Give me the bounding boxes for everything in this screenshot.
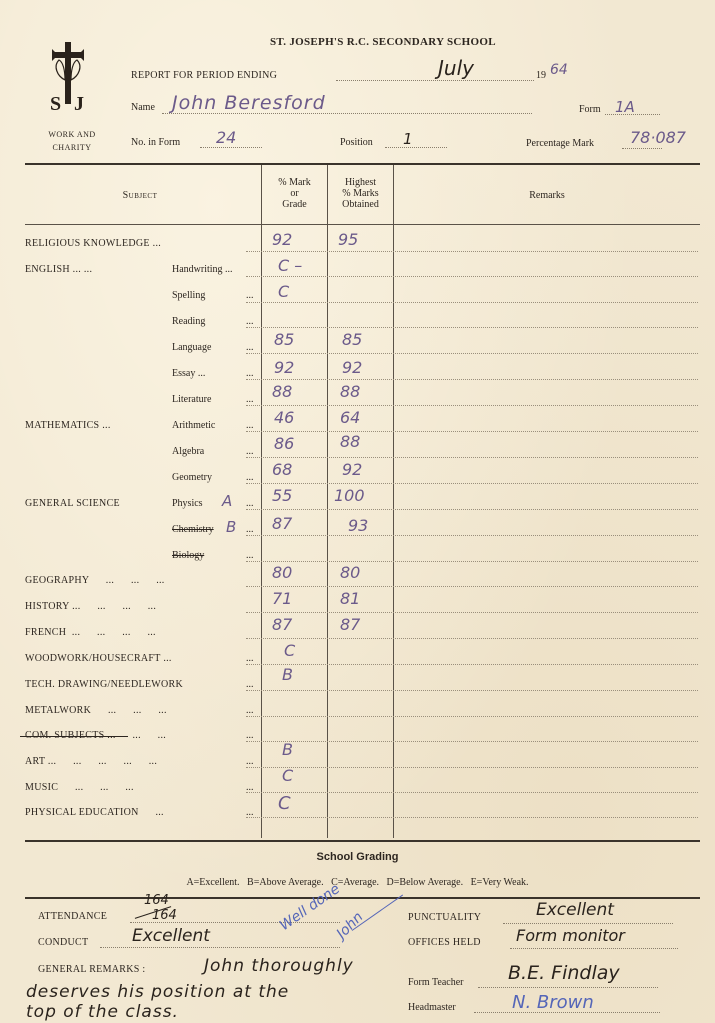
row-mark: C: [278, 282, 289, 301]
school-name: ST. JOSEPH'S R.C. SECONDARY SCHOOL: [270, 36, 496, 48]
row-subject: METALWORK ... ... ...: [25, 705, 167, 716]
row-rule: [246, 741, 698, 742]
name-value: John Beresford: [172, 92, 326, 114]
col-header-mark-line2: or: [262, 188, 327, 199]
motto-line-1: WORK AND: [36, 128, 108, 141]
row-leader: ...: [246, 679, 254, 690]
table-row: GENERAL SCIENCE Physics A ... 55 100: [0, 492, 715, 516]
no-in-form-dotted-line: [200, 147, 262, 148]
conduct-label: CONDUCT: [38, 937, 88, 948]
col-header-subject: Subject: [60, 190, 220, 201]
position-value: 1: [403, 130, 413, 148]
row-leader: ...: [246, 394, 254, 405]
row-subsubject: Language: [172, 342, 211, 353]
row-leader: ...: [246, 290, 254, 301]
period-dotted-line: [336, 80, 534, 81]
row-rule: [246, 251, 698, 252]
row-leader: ...: [246, 550, 254, 561]
row-rule: [246, 535, 698, 536]
row-subsubject: Physics: [172, 498, 203, 509]
no-in-form-label: No. in Form: [131, 137, 180, 148]
row-rule: [246, 431, 698, 432]
row-subject: GEOGRAPHY ... ... ...: [25, 575, 165, 586]
col-header-highest: Highest % Marks Obtained: [328, 177, 393, 210]
period-label: REPORT FOR PERIOD ENDING: [131, 70, 277, 81]
col-header-mark-line1: % Mark: [262, 177, 327, 188]
row-leader: ...: [246, 730, 254, 741]
offices-held-dotted-line: [510, 948, 678, 949]
row-rule: [246, 379, 698, 380]
row-subsubject: Spelling: [172, 290, 205, 301]
row-leader: ...: [246, 342, 254, 353]
row-subsubject: Arithmetic: [172, 420, 215, 431]
row-rule: [246, 302, 698, 303]
row-mark: 87: [272, 514, 292, 533]
offices-held-value: Form monitor: [516, 926, 625, 945]
row-leader: ...: [246, 756, 254, 767]
offices-held-label: OFFICES HELD: [408, 937, 481, 948]
row-subsubject: Chemistry: [172, 524, 214, 535]
headmaster-label: Headmaster: [408, 1002, 456, 1013]
punctuality-label: PUNCTUALITY: [408, 912, 481, 923]
col-header-highest-line1: Highest: [328, 177, 393, 188]
row-highest: 88: [340, 382, 360, 401]
general-remarks-line3: top of the class.: [26, 1002, 179, 1022]
row-subsubject: Literature: [172, 394, 211, 405]
row-subject: MATHEMATICS ...: [25, 420, 111, 431]
row-mark: 46: [274, 408, 294, 427]
table-header-rule: [25, 224, 700, 225]
table-row: TECH. DRAWING/NEEDLEWORK ... B: [0, 673, 715, 697]
grading-bottom-rule: [25, 897, 700, 899]
row-mark: 85: [274, 330, 294, 349]
percentage-label: Percentage Mark: [526, 138, 594, 149]
row-highest: 87: [340, 615, 360, 634]
table-row: Language ... 85 85: [0, 336, 715, 360]
no-in-form-value: 24: [216, 128, 236, 147]
row-subsubject: Biology: [172, 550, 204, 561]
table-row: RELIGIOUS KNOWLEDGE ... 92 95: [0, 232, 715, 256]
strike-through-line: [20, 736, 128, 737]
row-subject: ART ... ... ... ... ...: [25, 756, 157, 767]
row-mark: C: [284, 641, 295, 660]
row-mark: 80: [272, 563, 292, 582]
row-highest: 64: [340, 408, 360, 427]
row-rule: [246, 457, 698, 458]
attendance-value-bottom: 164: [152, 908, 177, 923]
row-highest: 92: [342, 358, 362, 377]
row-mark: 71: [272, 589, 292, 608]
table-row: Spelling ... C: [0, 284, 715, 308]
row-highest: 81: [340, 589, 360, 608]
col-header-remarks: Remarks: [394, 190, 700, 201]
row-subject: GENERAL SCIENCE: [25, 498, 120, 509]
row-rule: [246, 664, 698, 665]
percentage-value: 78·087: [630, 128, 686, 147]
table-row: METALWORK ... ... ... ...: [0, 699, 715, 723]
row-subject: PHYSICAL EDUCATION ...: [25, 807, 164, 818]
row-rule: [246, 817, 698, 818]
row-mark: C: [282, 766, 293, 785]
punctuality-dotted-line: [503, 923, 673, 924]
row-subject: RELIGIOUS KNOWLEDGE ...: [25, 238, 161, 249]
row-highest: 95: [338, 230, 358, 249]
year-prefix: 19: [536, 70, 546, 81]
col-header-highest-line2: % Marks: [328, 188, 393, 199]
period-value: July: [438, 56, 474, 80]
row-leader: ...: [246, 368, 254, 379]
row-highest: 93: [348, 516, 368, 535]
row-highest: 85: [342, 330, 362, 349]
row-highest: 88: [340, 432, 360, 451]
row-subsubject: Algebra: [172, 446, 204, 457]
row-mark: C: [278, 793, 291, 814]
col-header-mark-line3: Grade: [262, 199, 327, 210]
row-mark: 92: [272, 230, 292, 249]
table-row: WOODWORK/HOUSECRAFT ... ... C: [0, 647, 715, 671]
row-subsubject-note: A: [222, 492, 232, 510]
grading-legend: A=Excellent. B=Above Average. C=Average.…: [0, 877, 715, 888]
conduct-dotted-line: [100, 947, 340, 948]
form-value: 1A: [615, 98, 635, 116]
row-highest: 92: [342, 460, 362, 479]
row-rule: [246, 276, 698, 277]
col-header-mark: % Mark or Grade: [262, 177, 327, 210]
row-rule: [246, 638, 698, 639]
row-leader: ...: [246, 316, 254, 327]
row-mark: 88: [272, 382, 292, 401]
year-value: 64: [550, 62, 568, 78]
punctuality-value: Excellent: [536, 900, 614, 920]
attendance-label: ATTENDANCE: [38, 911, 107, 922]
row-subject: ENGLISH ... ...: [25, 264, 92, 275]
table-row: ENGLISH ... ... Handwriting ... C –: [0, 258, 715, 282]
row-leader: ...: [246, 446, 254, 457]
row-rule: [246, 561, 698, 562]
row-mark: C –: [278, 256, 302, 275]
table-top-rule: [25, 163, 700, 165]
row-mark: 68: [272, 460, 292, 479]
row-mark: 92: [274, 358, 294, 377]
school-crest-icon: S J: [48, 40, 88, 112]
row-subsubject: Geometry: [172, 472, 212, 483]
headmaster-value: N. Brown: [512, 992, 594, 1013]
row-mark: B: [282, 665, 293, 684]
table-row: FRENCH ... ... ... ... 87 87: [0, 621, 715, 645]
row-mark: 55: [272, 486, 292, 505]
row-rule: [246, 586, 698, 587]
svg-text:S: S: [50, 93, 61, 112]
row-rule: [246, 405, 698, 406]
row-subject: HISTORY ... ... ... ...: [25, 601, 156, 612]
row-rule: [246, 483, 698, 484]
row-subsubject: Reading: [172, 316, 205, 327]
row-subject: TECH. DRAWING/NEEDLEWORK: [25, 679, 183, 690]
form-teacher-dotted-line: [478, 987, 658, 988]
row-subject: FRENCH ... ... ... ...: [25, 627, 156, 638]
row-rule: [246, 767, 698, 768]
name-label: Name: [131, 102, 155, 113]
form-label: Form: [579, 104, 601, 115]
row-rule: [246, 353, 698, 354]
general-remarks-label: GENERAL REMARKS :: [38, 964, 146, 975]
table-row: MUSIC ... ... ... ... C: [0, 776, 715, 800]
grading-top-rule: [25, 840, 700, 842]
row-rule: [246, 716, 698, 717]
form-teacher-label: Form Teacher: [408, 977, 463, 988]
motto-line-2: CHARITY: [36, 141, 108, 154]
form-teacher-value: B.E. Findlay: [508, 962, 620, 984]
row-highest: 80: [340, 563, 360, 582]
row-leader: ...: [246, 498, 254, 509]
row-rule: [246, 612, 698, 613]
row-rule: [246, 509, 698, 510]
school-motto: WORK AND CHARITY: [36, 128, 108, 154]
row-subject: MUSIC ... ... ...: [25, 782, 134, 793]
general-remarks-line1: John thoroughly: [204, 956, 354, 976]
row-highest: 100: [334, 486, 365, 505]
grading-title: School Grading: [0, 851, 715, 863]
table-row: Chemistry B ... 87 93: [0, 518, 715, 542]
row-mark: 86: [274, 434, 294, 453]
position-label: Position: [340, 137, 373, 148]
row-leader: ...: [246, 705, 254, 716]
svg-text:J: J: [74, 93, 84, 112]
row-rule: [246, 327, 698, 328]
row-rule: [246, 690, 698, 691]
percentage-dotted-line: [622, 148, 662, 149]
col-header-highest-line3: Obtained: [328, 199, 393, 210]
table-row: COM. SUBJECTS ... ... ... ...: [0, 724, 715, 748]
row-leader: ...: [246, 524, 254, 535]
row-subject: WOODWORK/HOUSECRAFT ...: [25, 653, 172, 664]
row-mark: 87: [272, 615, 292, 634]
attendance-value-top: 164: [144, 893, 169, 908]
row-subsubject: Handwriting ...: [172, 264, 233, 275]
position-dotted-line: [385, 147, 447, 148]
conduct-value: Excellent: [132, 926, 210, 946]
row-subsubject-note: B: [226, 518, 236, 536]
row-subsubject: Essay ...: [172, 368, 205, 379]
table-row: PHYSICAL EDUCATION ... ... C: [0, 801, 715, 825]
row-leader: ...: [246, 420, 254, 431]
row-mark: B: [282, 740, 293, 759]
row-rule: [246, 792, 698, 793]
general-remarks-line2: deserves his position at the: [26, 982, 289, 1002]
row-leader: ...: [246, 653, 254, 664]
table-row: ART ... ... ... ... ... ... B: [0, 750, 715, 774]
row-leader: ...: [246, 472, 254, 483]
